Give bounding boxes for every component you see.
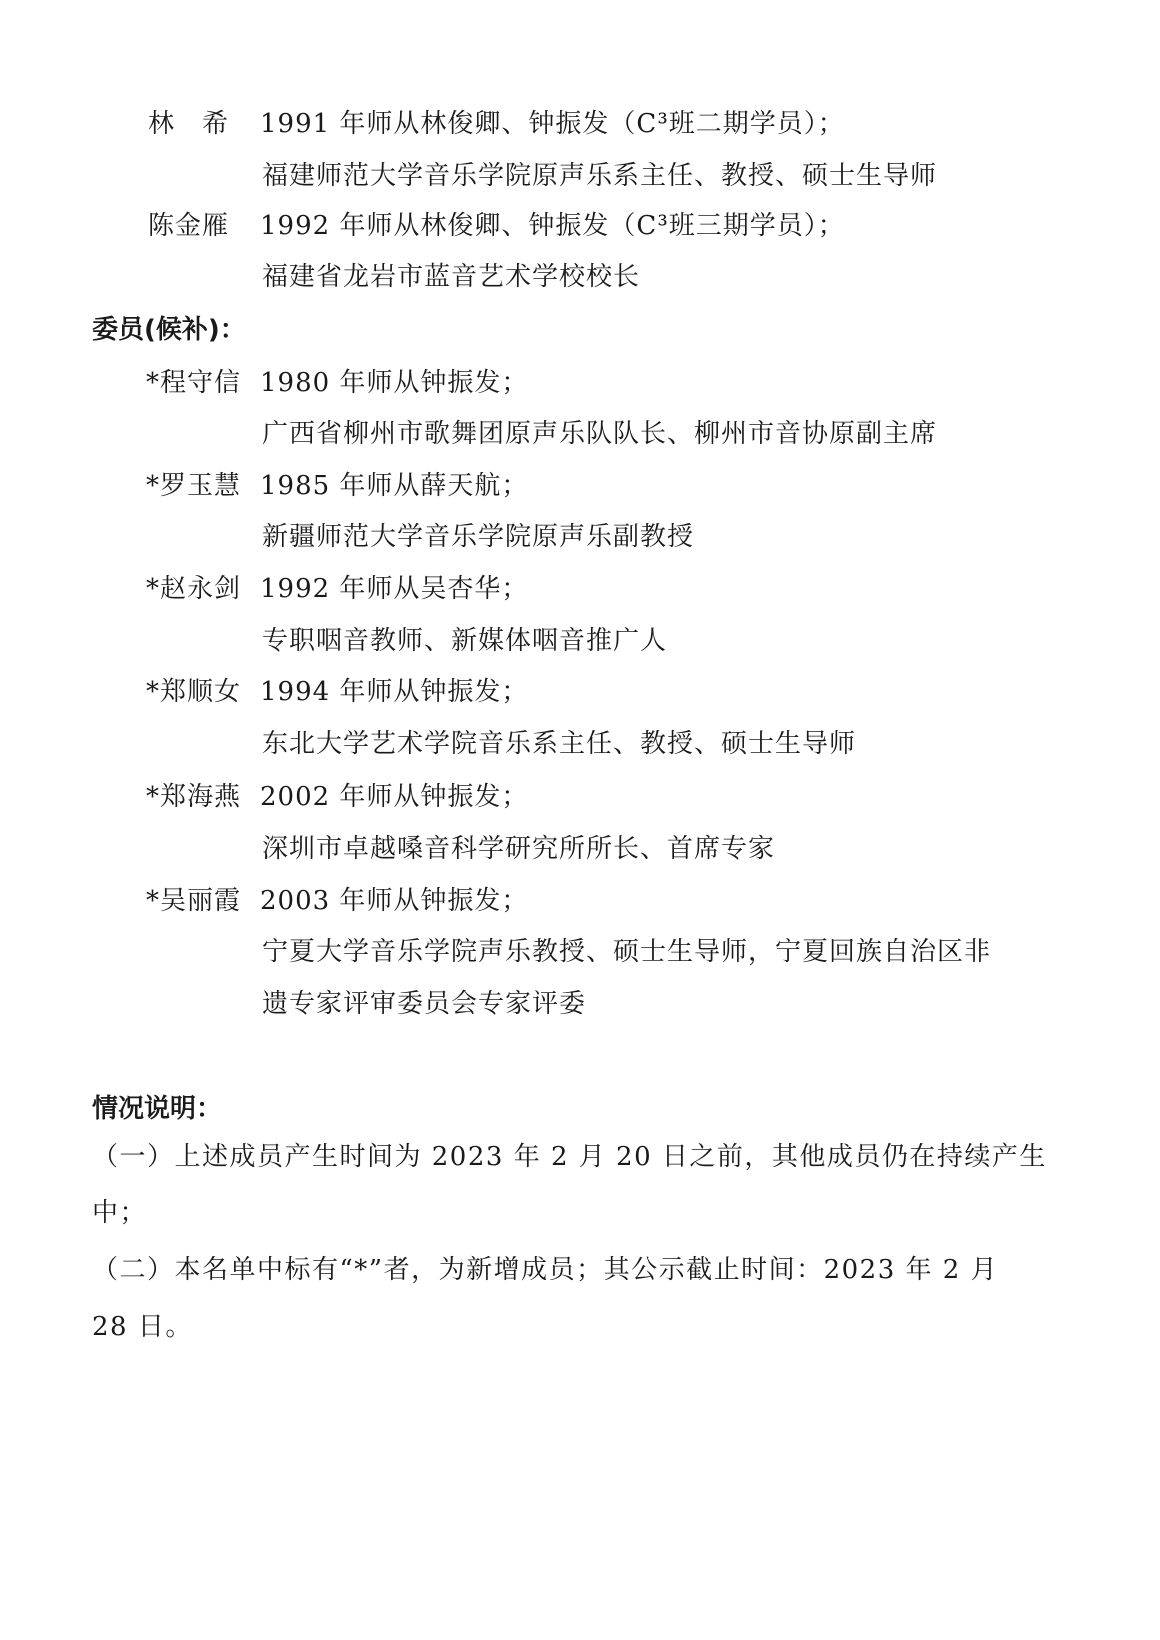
note-item-2: （二）本名单中标有“*”者，为新增成员；其公示截止时间：2023 年 2 月 (92, 1253, 998, 1287)
candidate-training: 2002 年师从钟振发； (260, 780, 528, 814)
candidate-position: 东北大学艺术学院音乐系主任、教授、硕士生导师 (262, 727, 856, 761)
note-item-1-continued: 中； (92, 1196, 147, 1230)
note-item-2-continued: 28 日。 (92, 1310, 193, 1344)
candidate-position: 深圳市卓越嗓音科学研究所所长、首席专家 (262, 832, 775, 866)
member-name: 陈金雁 (148, 209, 229, 243)
candidate-training: 1985 年师从薛天航； (260, 469, 528, 503)
candidate-position: 宁夏大学音乐学院声乐教授、硕士生导师，宁夏回族自治区非 (262, 935, 991, 969)
member-training: 1991 年师从林俊卿、钟振发（C³班二期学员）； (260, 107, 845, 141)
candidate-position: 专职咽音教师、新媒体咽音推广人 (262, 624, 667, 658)
candidate-name: *吴丽霞 (146, 884, 241, 918)
candidate-training: 1992 年师从吴杏华； (260, 572, 528, 606)
candidate-name: *程守信 (146, 366, 241, 400)
candidate-position: 新疆师范大学音乐学院原声乐副教授 (262, 520, 694, 554)
member-training: 1992 年师从林俊卿、钟振发（C³班三期学员）； (260, 209, 845, 243)
candidate-training: 1980 年师从钟振发； (260, 366, 528, 400)
candidate-name: *郑顺女 (146, 675, 241, 709)
candidate-name: *赵永剑 (146, 572, 241, 606)
candidate-name: *罗玉慧 (146, 469, 241, 503)
member-position: 福建师范大学音乐学院原声乐系主任、教授、硕士生导师 (262, 159, 937, 193)
section-heading-candidates: 委员(候补)： (92, 313, 246, 347)
section-heading-notes: 情况说明： (92, 1092, 222, 1126)
document-page: 林 希 1991 年师从林俊卿、钟振发（C³班二期学员）； 福建师范大学音乐学院… (0, 0, 1160, 1640)
candidate-training: 1994 年师从钟振发； (260, 675, 528, 709)
candidate-position-continued: 遗专家评审委员会专家评委 (262, 987, 586, 1021)
member-position: 福建省龙岩市蓝音艺术学校校长 (262, 260, 640, 294)
member-name: 林 希 (148, 107, 229, 141)
candidate-training: 2003 年师从钟振发； (260, 884, 528, 918)
note-item-1: （一）上述成员产生时间为 2023 年 2 月 20 日之前，其他成员仍在持续产… (92, 1140, 1047, 1174)
candidate-position: 广西省柳州市歌舞团原声乐队队长、柳州市音协原副主席 (262, 417, 937, 451)
candidate-name: *郑海燕 (146, 780, 241, 814)
